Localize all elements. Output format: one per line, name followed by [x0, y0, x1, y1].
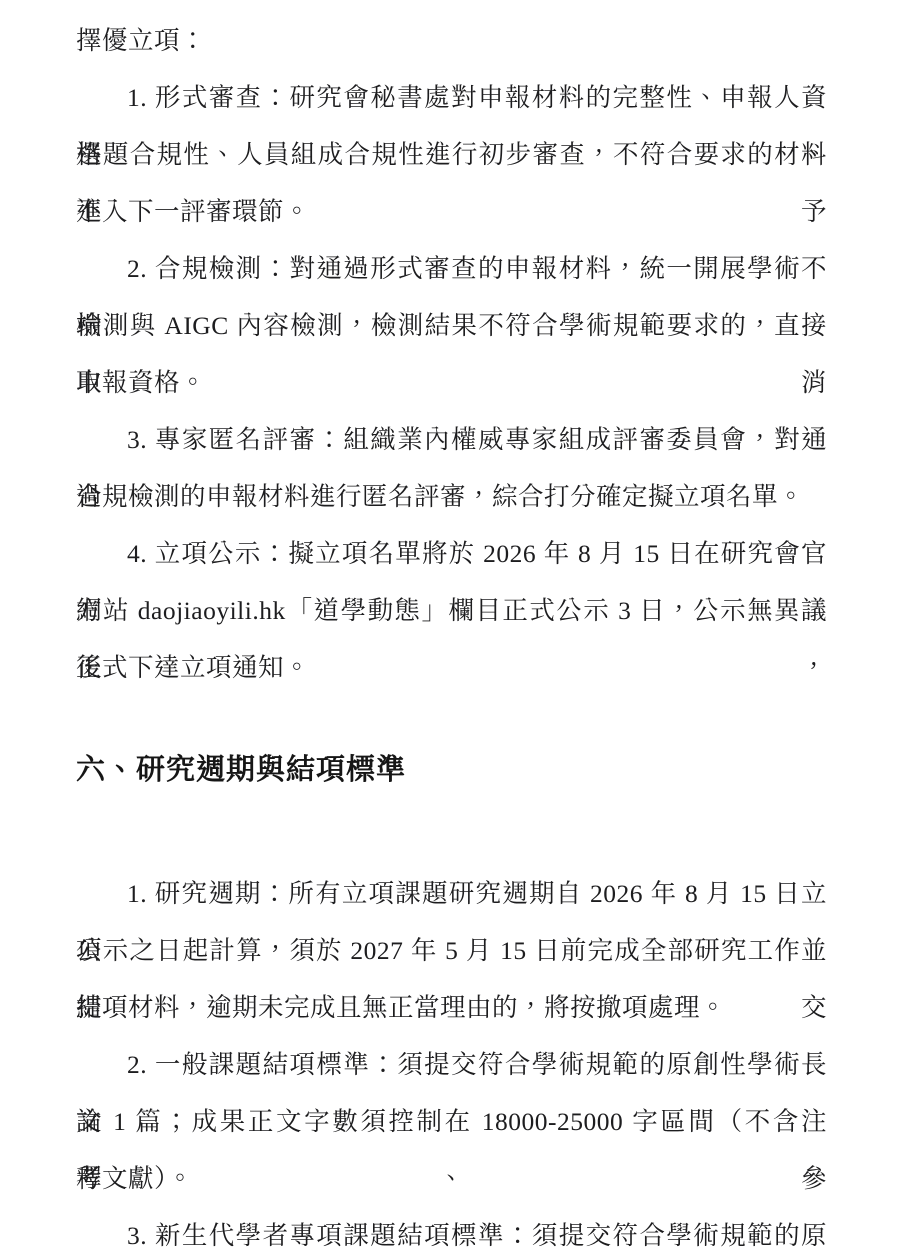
document-body: 擇優立項：1. 形式審查：研究會秘書處對申報材料的完整性、申報人資格、選題合規性…: [0, 0, 897, 1258]
item-2-line-1: 2. 合規檢測：對通過形式審查的申報材料，統一開展學術不端: [76, 240, 827, 297]
section-6-item-1-line-1: 1. 研究週期：所有立項課題研究週期自 2026 年 8 月 15 日立項: [76, 865, 827, 922]
item-2-line-2: 檢測與 AIGC 內容檢測，檢測結果不符合學術規範要求的，直接取消: [76, 297, 827, 354]
section-6-heading: 六、研究週期與結項標準: [76, 742, 827, 799]
item-1-line-1: 1. 形式審查：研究會秘書處對申報材料的完整性、申報人資格、: [76, 69, 827, 126]
document-page: 擇優立項：1. 形式審查：研究會秘書處對申報材料的完整性、申報人資格、選題合規性…: [0, 0, 897, 1258]
item-4-line-1: 4. 立項公示：擬立項名單將於 2026 年 8 月 15 日在研究會官方: [76, 525, 827, 582]
item-4-line-2: 網站 daojiaoyili.hk「道學動態」欄目正式公示 3 日，公示無異議後…: [76, 582, 827, 639]
section-6-item-2-line-2: 文 1 篇；成果正文字數須控制在 18000-25000 字區間（不含注釋、參: [76, 1093, 827, 1150]
item-3-line-2: 合規檢測的申報材料進行匿名評審，綜合打分確定擬立項名單。: [76, 468, 827, 525]
section-6-item-1-line-2: 公示之日起計算，須於 2027 年 5 月 15 日前完成全部研究工作並提交: [76, 922, 827, 979]
item-1-line-2: 選題合規性、人員組成合規性進行初步審查，不符合要求的材料不予: [76, 126, 827, 183]
section-6-item-1-line-3: 結項材料，逾期未完成且無正當理由的，將按撤項處理。: [76, 979, 827, 1036]
section-6-item-3-line-1: 3. 新生代學者專項課題結項標準：須提交符合學術規範的原創: [76, 1207, 827, 1258]
item-3-line-1: 3. 專家匿名評審：組織業內權威專家組成評審委員會，對通過: [76, 411, 827, 468]
paragraph-tail-line: 擇優立項：: [76, 12, 827, 69]
section-6-item-2-line-1: 2. 一般課題結項標準：須提交符合學術規範的原創性學術長論: [76, 1036, 827, 1093]
